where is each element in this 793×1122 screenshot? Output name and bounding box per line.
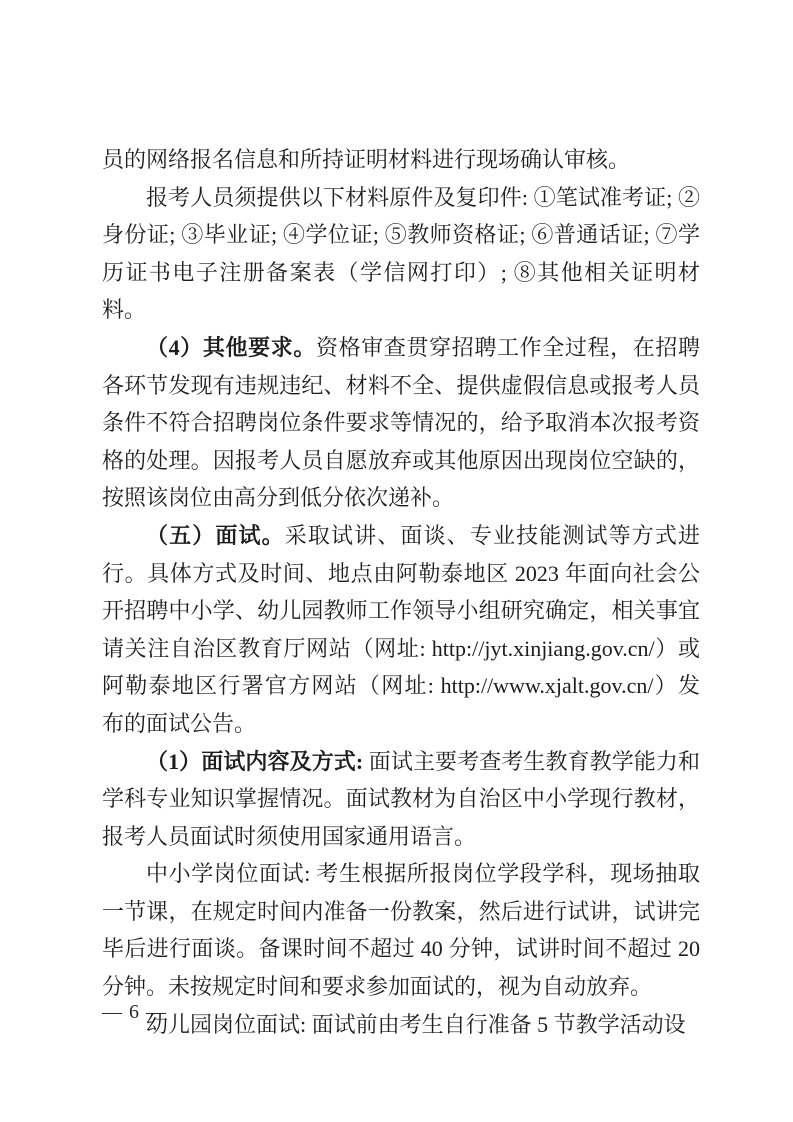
paragraph-lead: （1）面试内容及方式: xyxy=(146,749,369,774)
paragraph: 报考人员须提供以下材料原件及复印件: ①笔试准考证; ②身份证; ③毕业证; ④… xyxy=(102,179,700,329)
paragraph-text: 报考人员须提供以下材料原件及复印件: ①笔试准考证; ②身份证; ③毕业证; ④… xyxy=(102,185,700,323)
paragraph: （五）面试。采取试讲、面谈、专业技能测试等方式进行。具体方式及时间、地点由阿勒泰… xyxy=(102,517,700,743)
paragraph-text: 采取试讲、面谈、专业技能测试等方式进行。具体方式及时间、地点由阿勒泰地区 202… xyxy=(102,523,700,736)
paragraph-text: 资格审查贯穿招聘工作全过程，在招聘各环节发现有违规违纪、材料不全、提供虚假信息或… xyxy=(102,335,700,510)
paragraph-text: 中小学岗位面试: 考生根据所报岗位学段学科，现场抽取一节课，在规定时间内准备一份… xyxy=(102,861,700,999)
paragraph: 中小学岗位面试: 考生根据所报岗位学段学科，现场抽取一节课，在规定时间内准备一份… xyxy=(102,855,700,1005)
page-number: — 6 — xyxy=(102,998,167,1026)
paragraph-text: 员的网络报名信息和所持证明材料进行现场确认审核。 xyxy=(102,147,630,172)
paragraph-lead: （4）其他要求。 xyxy=(146,335,316,360)
paragraph: （1）面试内容及方式: 面试主要考查考生教育教学能力和学科专业知识掌握情况。面试… xyxy=(102,743,700,856)
document-page: 员的网络报名信息和所持证明材料进行现场确认审核。 报考人员须提供以下材料原件及复… xyxy=(0,0,793,1122)
paragraph: 幼儿园岗位面试: 面试前由考生自行准备 5 节教学活动设 xyxy=(102,1006,700,1044)
paragraph-text: 幼儿园岗位面试: 面试前由考生自行准备 5 节教学活动设 xyxy=(146,1012,686,1037)
paragraph: （4）其他要求。资格审查贯穿招聘工作全过程，在招聘各环节发现有违规违纪、材料不全… xyxy=(102,329,700,517)
paragraph-lead: （五）面试。 xyxy=(146,523,285,548)
document-body: 员的网络报名信息和所持证明材料进行现场确认审核。 报考人员须提供以下材料原件及复… xyxy=(102,141,700,1043)
paragraph: 员的网络报名信息和所持证明材料进行现场确认审核。 xyxy=(102,141,700,179)
